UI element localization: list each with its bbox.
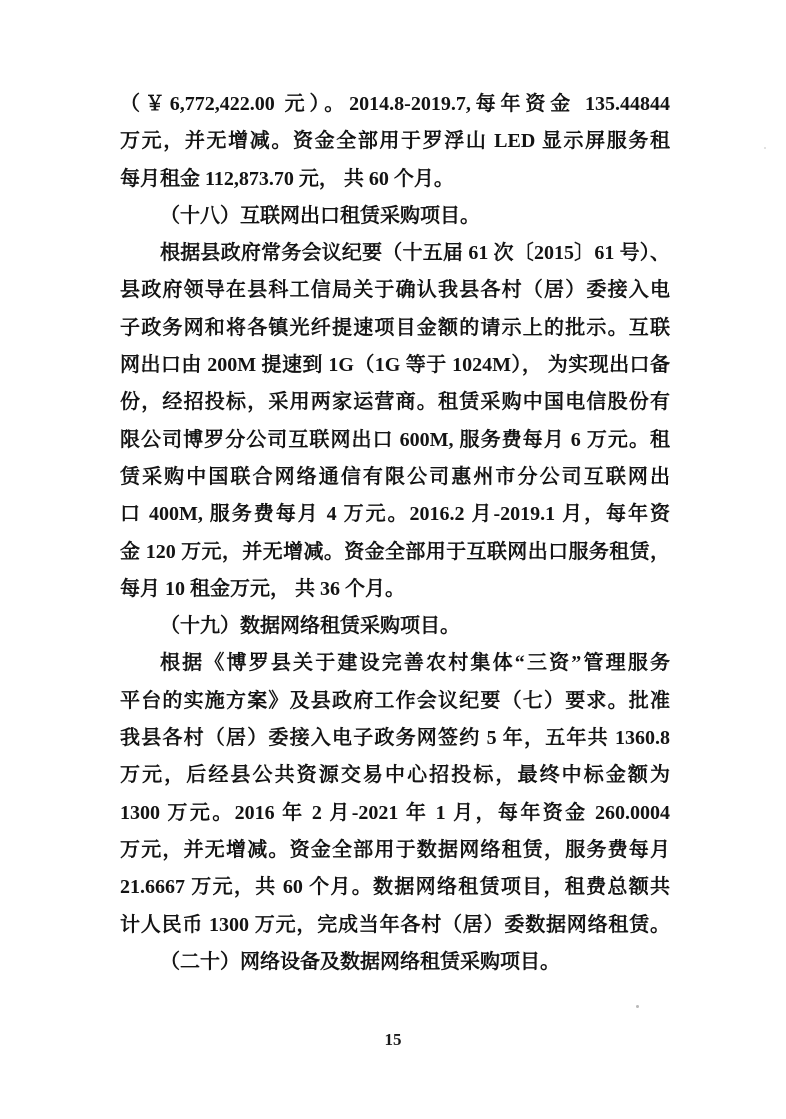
scan-speck [764, 147, 766, 149]
text-line: 县政府领导在县科工信局关于确认我县各村（居）委接入电 [120, 272, 670, 309]
text-line: 份，经招投标，采用两家运营商。租赁采购中国电信股份有 [120, 384, 670, 421]
text-line: 万元，并无增减。资金全部用于数据网络租赁，服务费每月 [120, 832, 670, 869]
section-heading-20: （二十）网络设备及数据网络租赁采购项目。 [120, 944, 670, 981]
text-line: 限公司博罗分公司互联网出口 600M, 服务费每月 6 万元。租 [120, 422, 670, 459]
text-line: 21.6667 万元，共 60 个月。数据网络租赁项目，租费总额共 [120, 869, 670, 906]
section-heading-18: （十八）互联网出口租赁采购项目。 [120, 198, 670, 235]
text-line: （￥6,772,422.00 元）。2014.8-2019.7,每年资金 135… [120, 86, 670, 123]
page-number: 15 [0, 1030, 786, 1050]
text-line: 计人民币 1300 万元，完成当年各村（居）委数据网络租赁。 [120, 907, 670, 944]
document-body-text: （￥6,772,422.00 元）。2014.8-2019.7,每年资金 135… [120, 86, 670, 981]
text-line: 我县各村（居）委接入电子政务网签约 5 年，五年共 1360.8 [120, 720, 670, 757]
scan-speck [636, 1005, 639, 1008]
text-line: 平台的实施方案》及县政府工作会议纪要（七）要求。批准 [120, 683, 670, 720]
document-page: （￥6,772,422.00 元）。2014.8-2019.7,每年资金 135… [0, 0, 786, 1119]
text-line: 每月租金 112,873.70 元， 共 60 个月。 [120, 161, 670, 198]
text-line: 万元，后经县公共资源交易中心招投标，最终中标金额为 [120, 757, 670, 794]
text-line: 口 400M, 服务费每月 4 万元。2016.2 月-2019.1 月，每年资 [120, 496, 670, 533]
text-line: 根据《博罗县关于建设完善农村集体“三资”管理服务 [120, 645, 670, 682]
text-line: 1300 万元。2016 年 2 月-2021 年 1 月，每年资金 260.0… [120, 795, 670, 832]
text-line: 金 120 万元，并无增减。资金全部用于互联网出口服务租赁， [120, 534, 670, 571]
text-line: 子政务网和将各镇光纤提速项目金额的请示上的批示。互联 [120, 310, 670, 347]
text-line: 万元，并无增减。资金全部用于罗浮山 LED 显示屏服务租赁， [120, 123, 670, 160]
section-heading-19: （十九）数据网络租赁采购项目。 [120, 608, 670, 645]
text-line: 根据县政府常务会议纪要（十五届 61 次〔2015〕61 号）、 [120, 235, 670, 272]
text-line: 赁采购中国联合网络通信有限公司惠州市分公司互联网出 [120, 459, 670, 496]
text-line: 每月 10 租金万元， 共 36 个月。 [120, 571, 670, 608]
text-line: 网出口由 200M 提速到 1G（1G 等于 1024M）， 为实现出口备 [120, 347, 670, 384]
